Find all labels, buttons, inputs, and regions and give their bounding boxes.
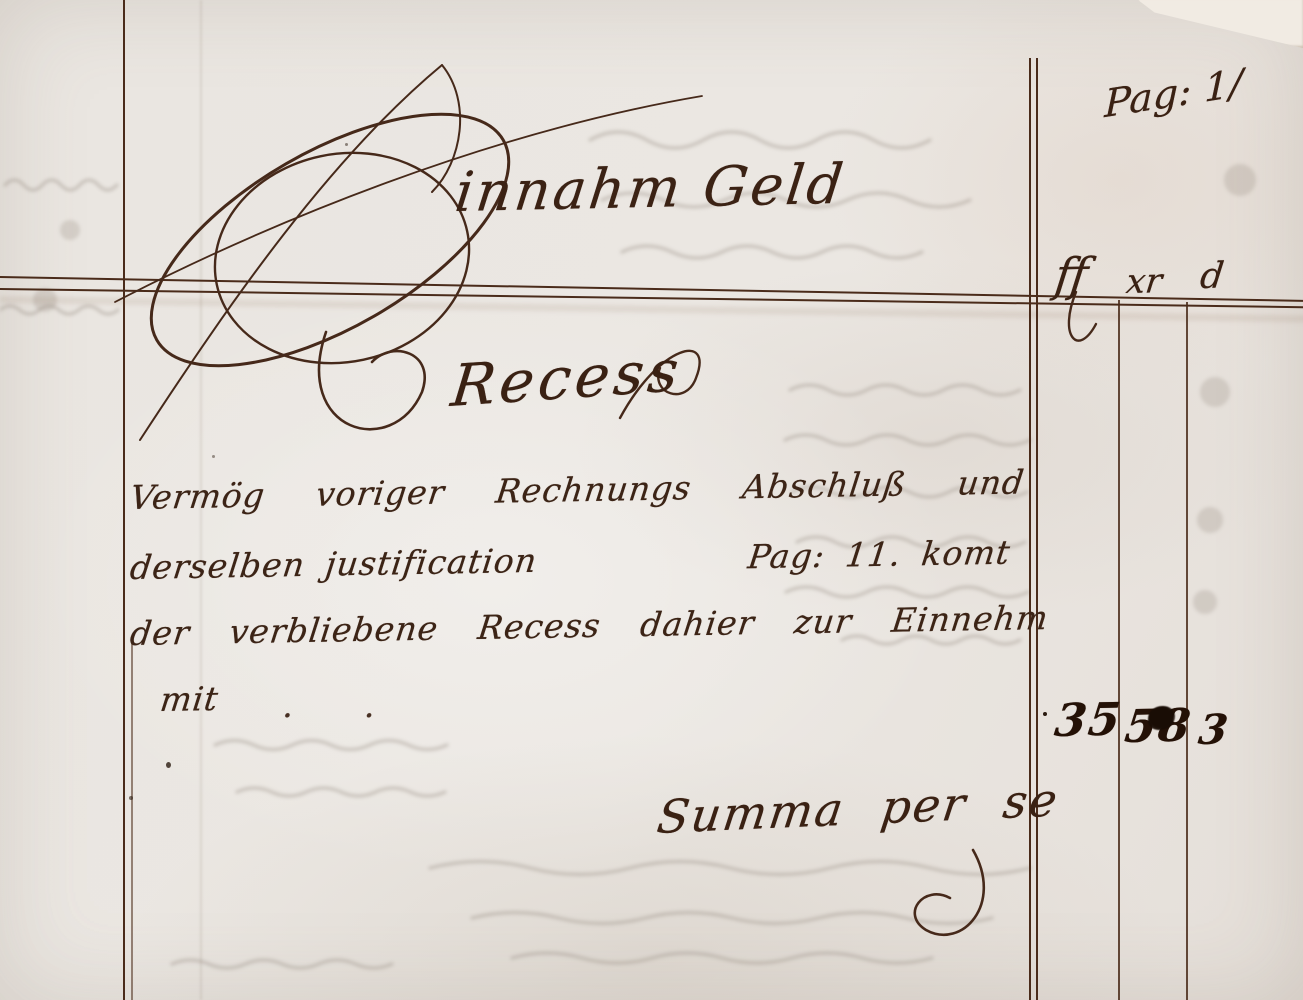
ink-speck xyxy=(345,143,348,146)
ink-speck xyxy=(166,762,171,768)
kreuzer-column-rule xyxy=(1118,300,1120,1000)
per-se-flourish xyxy=(878,842,1028,972)
dot-leader: . . xyxy=(282,686,442,726)
column-header-kreuzer: xr xyxy=(1124,261,1164,302)
ink-speck xyxy=(212,455,215,458)
left-margin-rule-double xyxy=(131,640,133,1000)
amount-column-rule-inner xyxy=(1036,58,1038,1000)
page-title: innahm Geld xyxy=(452,152,849,224)
column-header-denar: d xyxy=(1198,256,1226,297)
manuscript-page: Pag: 1/ innahm Geld ff xr d Recess Vermö… xyxy=(0,0,1303,1000)
amount-denar: 3 xyxy=(1196,705,1232,754)
denar-column-rule xyxy=(1186,302,1188,1000)
column-header-florins: ff xyxy=(1052,247,1091,302)
entry-line-2-right: Pag: 11. komt xyxy=(746,533,1013,577)
entry-line-4: mit xyxy=(158,678,283,719)
amount-column-rule-outer xyxy=(1029,58,1031,1000)
amount-florins: 35 xyxy=(1052,693,1125,747)
ink-speck xyxy=(1043,712,1047,716)
entry-line-2-left: derselben justification xyxy=(128,541,540,587)
ink-speck xyxy=(129,796,133,800)
